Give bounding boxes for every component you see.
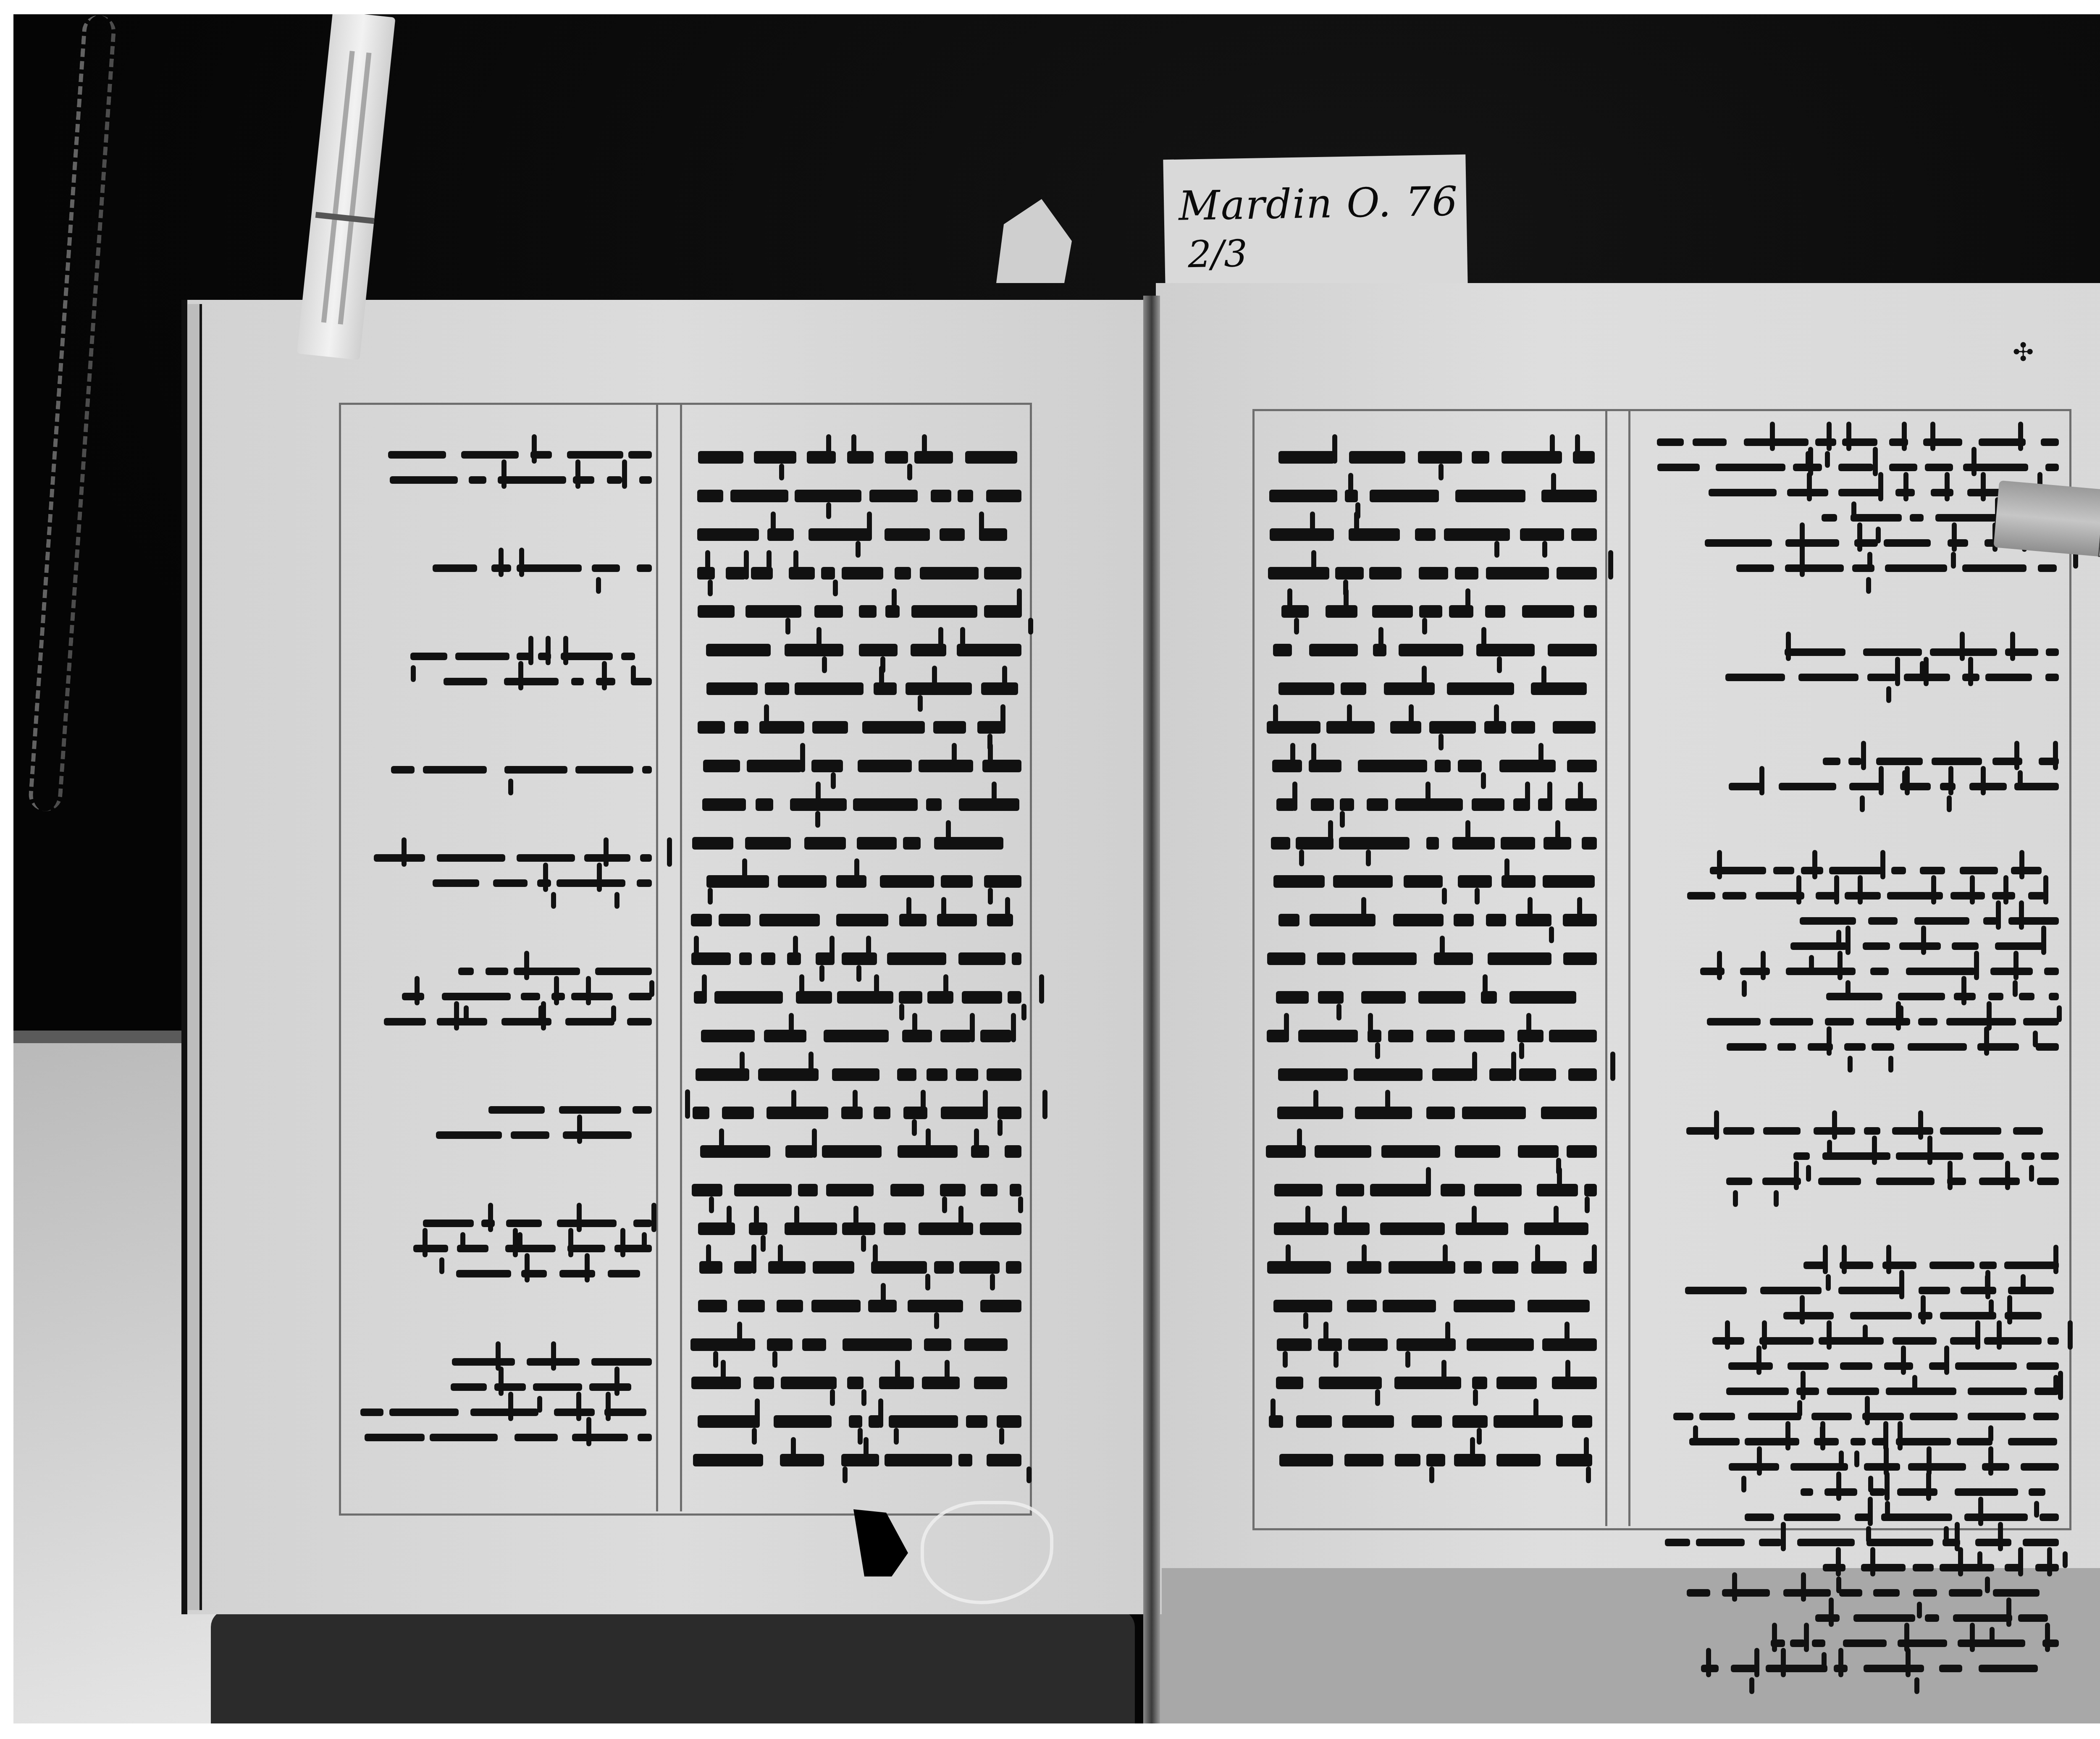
manuscript-text-line <box>444 674 652 703</box>
manuscript-text-line <box>436 1127 652 1157</box>
manuscript-text-line <box>699 1257 1021 1286</box>
manuscript-text-line <box>1274 1218 1597 1248</box>
manuscript-text-line <box>384 1014 652 1043</box>
shelfmark-text: Mardin O. 76 <box>1178 178 1459 230</box>
manuscript-text-line <box>390 472 652 501</box>
manuscript-text-line <box>698 601 1021 630</box>
manuscript-text-line <box>1272 755 1597 785</box>
manuscript-text-line <box>1273 1296 1597 1325</box>
manuscript-text-line <box>698 1218 1021 1248</box>
manuscript-text-line <box>1267 1257 1597 1286</box>
manuscript-text-line <box>1266 1141 1597 1170</box>
manuscript-text-line <box>1269 1411 1597 1440</box>
manuscript-text-line <box>433 875 652 905</box>
manuscript-text-line <box>697 485 1021 515</box>
manuscript-text-line <box>692 833 1021 862</box>
manuscript-text-line <box>1727 1039 2059 1068</box>
manuscript-text-line <box>1279 1450 1597 1479</box>
manuscript-text-line <box>1736 560 2059 590</box>
manuscript-text-line <box>706 640 1021 669</box>
manuscript-text-line <box>1277 1334 1597 1364</box>
right-page-commentary-column <box>1635 426 2059 1518</box>
manuscript-text-line <box>700 1141 1021 1170</box>
folio-number: 2/3 <box>1187 232 1247 276</box>
manuscript-text-line <box>1267 948 1597 978</box>
manuscript-text-line <box>694 987 1021 1016</box>
manuscript-text-line <box>698 1296 1021 1325</box>
manuscript-text-line <box>698 717 1021 746</box>
right-page-main-column <box>1261 438 1597 1513</box>
manuscript-text-line <box>691 1372 1021 1402</box>
manuscript-text-line <box>701 1026 1021 1055</box>
left-page-commentary-column <box>349 438 652 1488</box>
manuscript-text-line <box>1277 1102 1597 1132</box>
page-ornament: ✣ <box>2013 338 2034 367</box>
manuscript-text-line <box>691 910 1021 939</box>
manuscript-text-line <box>1278 678 1597 708</box>
manuscript-text-line <box>693 1102 1021 1132</box>
manuscript-text-line <box>706 678 1021 708</box>
manuscript-text-line <box>1269 485 1597 515</box>
manuscript-text-line <box>365 1429 652 1459</box>
manuscript-text-line <box>1278 1064 1597 1094</box>
book-gutter <box>1143 296 1160 1723</box>
manuscript-text-line <box>456 1266 652 1295</box>
manuscript-text-line <box>1267 1026 1597 1055</box>
shelfmark-label: Mardin O. 76 2/3 <box>1163 155 1467 290</box>
manuscript-text-line <box>1273 640 1597 669</box>
manuscript-text-line <box>1278 447 1597 476</box>
manuscript-text-line <box>706 871 1021 900</box>
manuscript-text-line <box>696 1064 1021 1094</box>
manuscript-text-line <box>1726 1173 2059 1203</box>
manuscript-text-line <box>1267 717 1597 746</box>
left-page-edge <box>188 304 202 1610</box>
manuscript-text-line <box>693 1450 1021 1479</box>
manuscript-text-line <box>1276 1372 1597 1402</box>
manuscript-text-line <box>698 447 1021 476</box>
manuscript-text-line <box>692 1180 1021 1209</box>
manuscript-text-line <box>702 794 1021 824</box>
manuscript-text-line <box>697 524 1021 553</box>
manuscript-text-line <box>703 755 1021 785</box>
manuscript-text-line <box>391 762 652 791</box>
manuscript-text-line <box>1276 987 1597 1016</box>
manuscript-text-line <box>1701 1660 2059 1690</box>
manuscript-photograph: Mardin O. 76 2/3 ✣ <box>13 14 2100 1723</box>
manuscript-text-line <box>697 563 1021 592</box>
left-page-main-column <box>685 438 1021 1488</box>
manuscript-text-line <box>1268 563 1597 592</box>
left-page-column-divider <box>656 403 682 1511</box>
manuscript-text-line <box>1273 871 1597 900</box>
manuscript-text-line <box>698 1411 1021 1440</box>
manuscript-text-line <box>1729 779 2059 808</box>
manuscript-text-line <box>1274 1180 1597 1209</box>
manuscript-text-line <box>691 948 1021 978</box>
manuscript-text-line <box>1281 601 1597 630</box>
manuscript-text-line <box>1278 910 1597 939</box>
manuscript-text-line <box>1276 794 1597 824</box>
manuscript-text-line <box>1725 669 2059 699</box>
manuscript-text-line <box>1271 833 1597 862</box>
book-cover-left <box>211 1610 1135 1723</box>
manuscript-text-line <box>433 560 652 590</box>
manuscript-text-line <box>690 1334 1021 1364</box>
manuscript-text-line <box>1270 524 1597 553</box>
